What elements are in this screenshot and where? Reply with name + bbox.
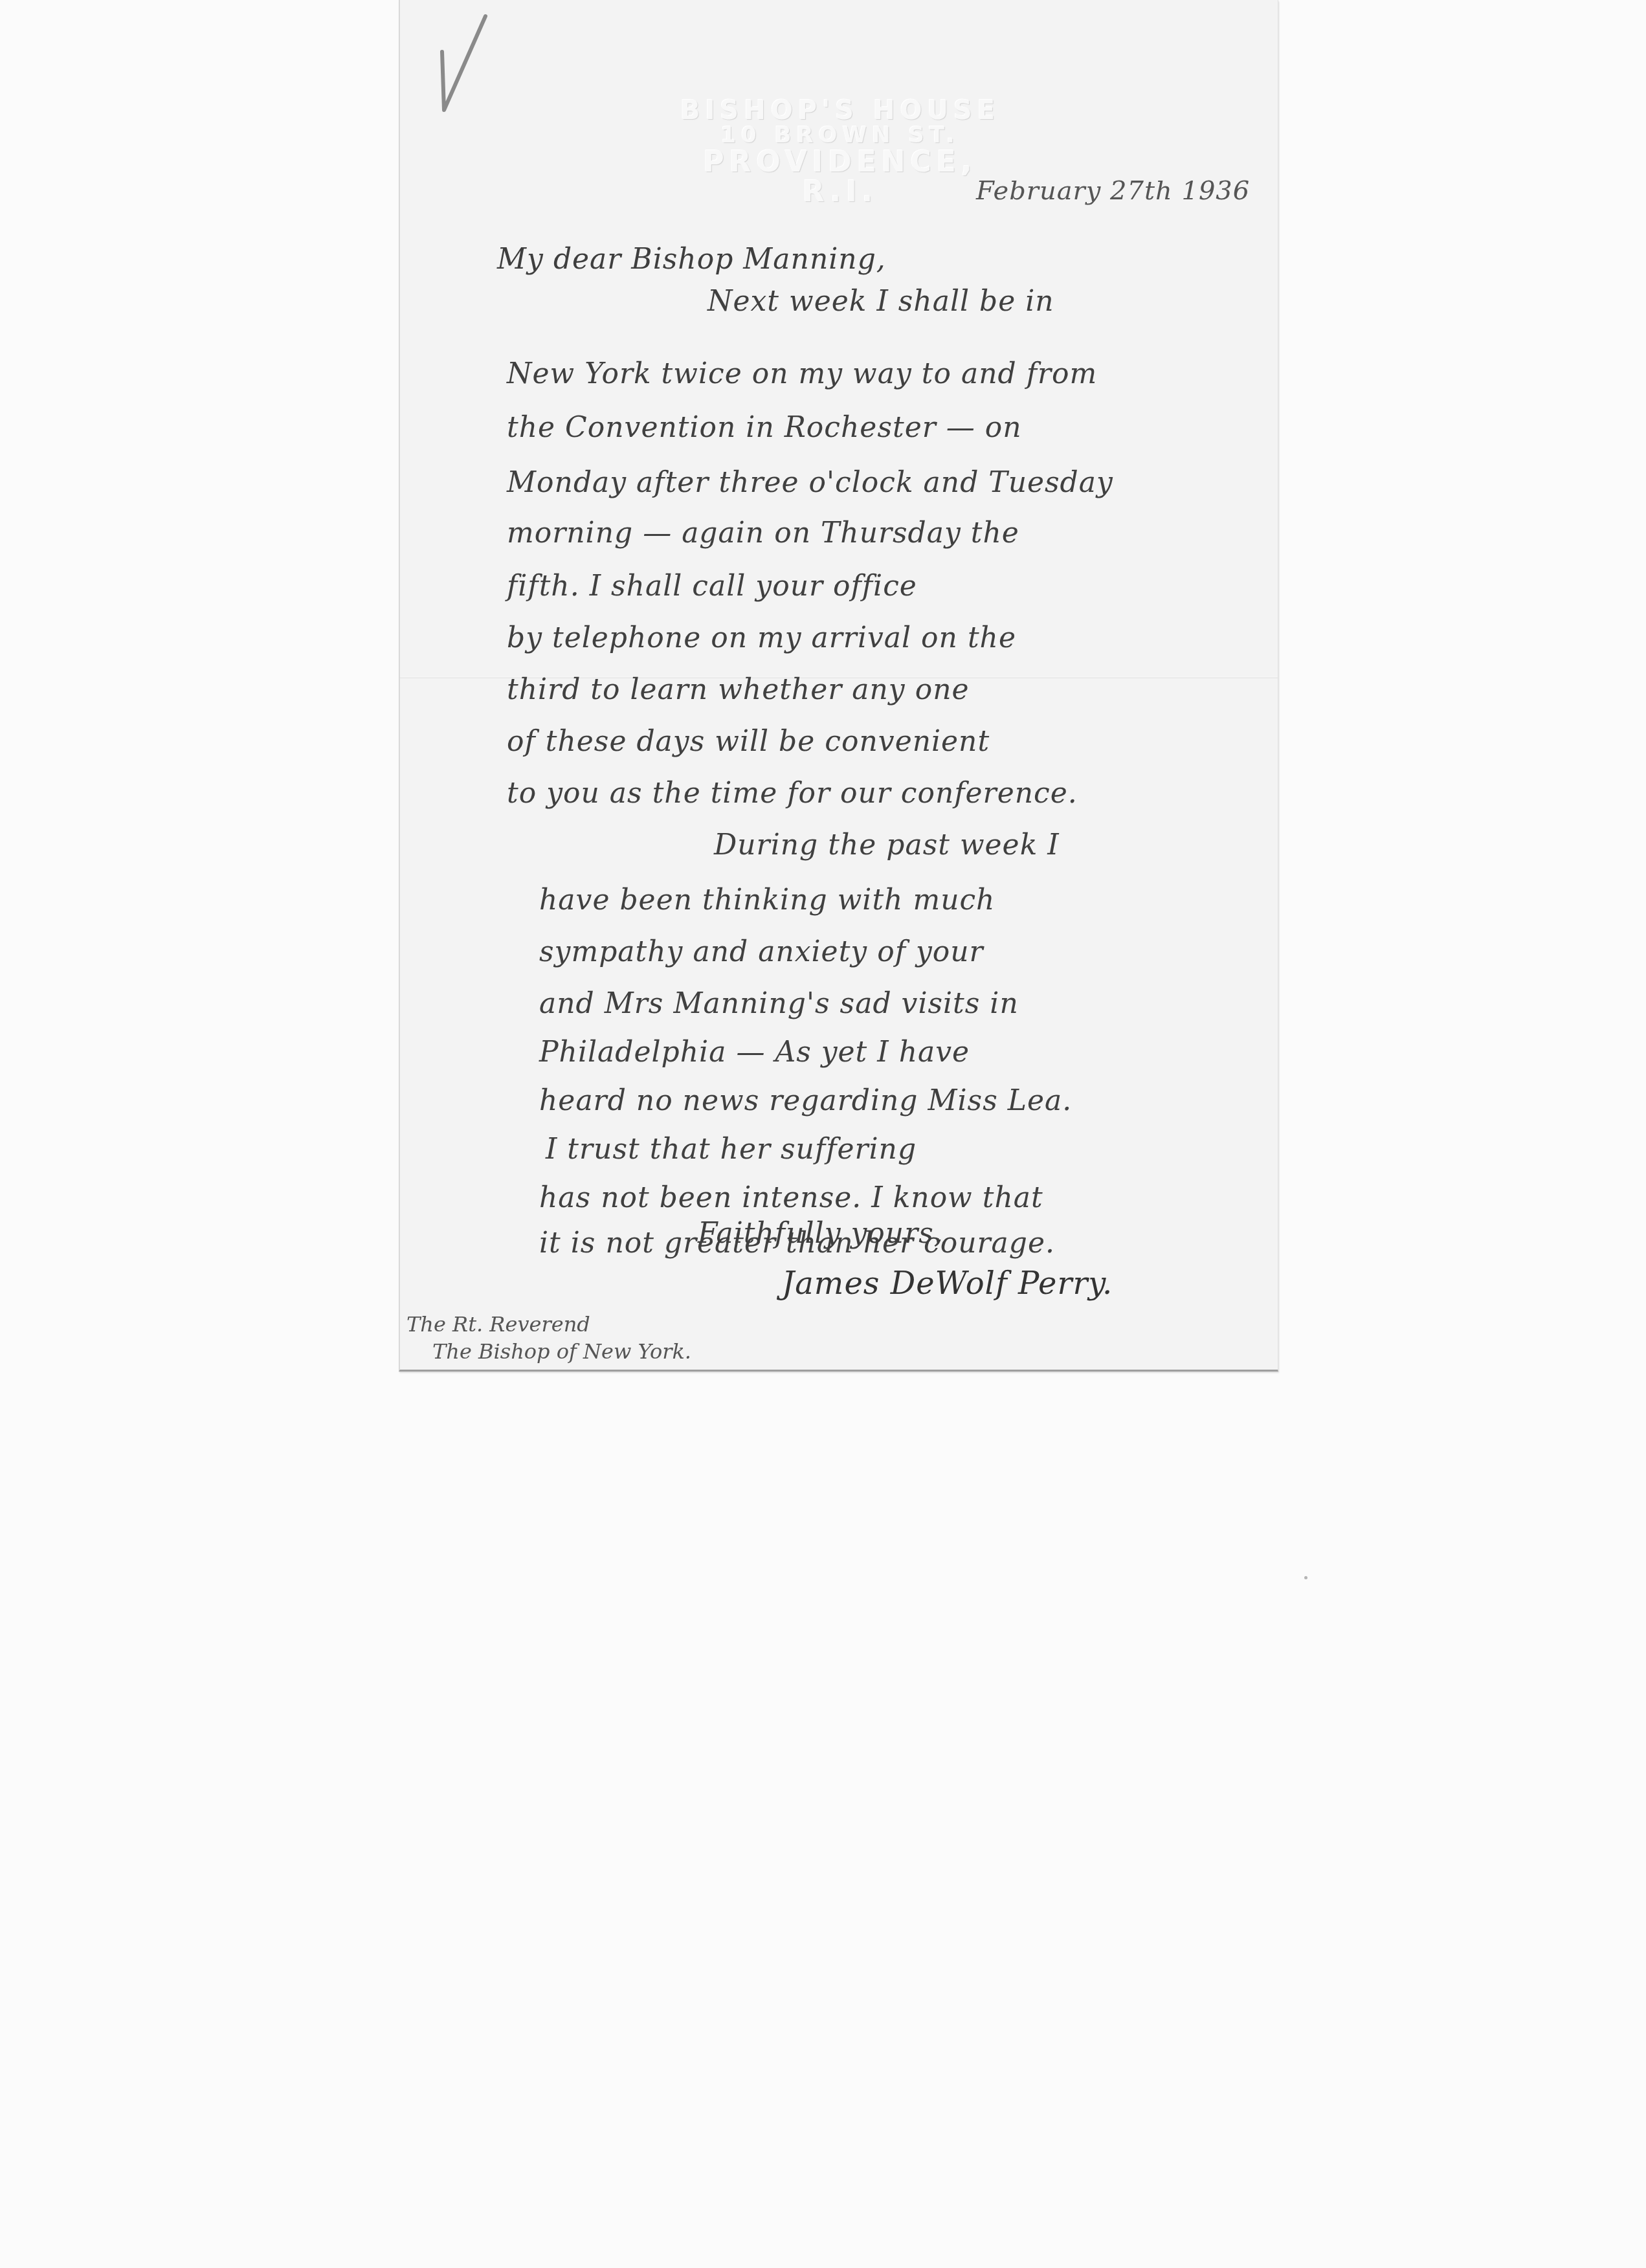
body-line: third to learn whether any one: [507, 673, 970, 706]
body-line: and Mrs Manning's sad visits in: [539, 987, 1019, 1020]
letter-sheet: BISHOP'S HOUSE 10 BROWN ST. PROVIDENCE, …: [399, 0, 1278, 1372]
scan-speck: [1304, 1576, 1307, 1579]
body-line: heard no news regarding Miss Lea.: [539, 1084, 1072, 1117]
addressee-block: The Rt. Reverend The Bishop of New York.: [406, 1311, 691, 1365]
body-line: of these days will be convenient: [507, 725, 990, 758]
signature: James DeWolf Perry.: [782, 1265, 1113, 1302]
letterhead-line-2: 10 BROWN ST.: [659, 124, 1021, 148]
body-line: I trust that her suffering: [546, 1133, 917, 1166]
body-line: sympathy and anxiety of your: [539, 935, 984, 968]
letterhead-line-3: PROVIDENCE, R.I.: [659, 148, 1021, 207]
body-line: During the past week I: [714, 828, 1060, 862]
closing: Faithfully yours,: [698, 1217, 944, 1250]
body-line: has not been intense. I know that: [539, 1181, 1043, 1214]
letterhead-line-1: BISHOP'S HOUSE: [659, 97, 1021, 124]
body-line: have been thinking with much: [539, 884, 995, 917]
addressee-line-2: The Bishop of New York.: [406, 1338, 691, 1365]
body-line: to you as the time for our conference.: [507, 777, 1078, 810]
embossed-letterhead: BISHOP'S HOUSE 10 BROWN ST. PROVIDENCE, …: [659, 97, 1021, 207]
salutation: My dear Bishop Manning,: [497, 243, 886, 276]
body-line: the Convention in Rochester — on: [507, 411, 1022, 444]
body-line: Next week I shall be in: [707, 285, 1054, 318]
body-line: New York twice on my way to and from: [507, 357, 1097, 390]
checkmark-icon: [426, 13, 517, 117]
letter-date: February 27th 1936: [976, 176, 1250, 206]
body-line: Monday after three o'clock and Tuesday: [507, 466, 1113, 499]
body-line: morning — again on Thursday the: [507, 517, 1019, 550]
addressee-line-1: The Rt. Reverend: [406, 1311, 691, 1338]
body-line: fifth. I shall call your office: [507, 570, 917, 603]
body-line: by telephone on my arrival on the: [507, 621, 1016, 654]
body-line: Philadelphia — As yet I have: [539, 1036, 970, 1069]
